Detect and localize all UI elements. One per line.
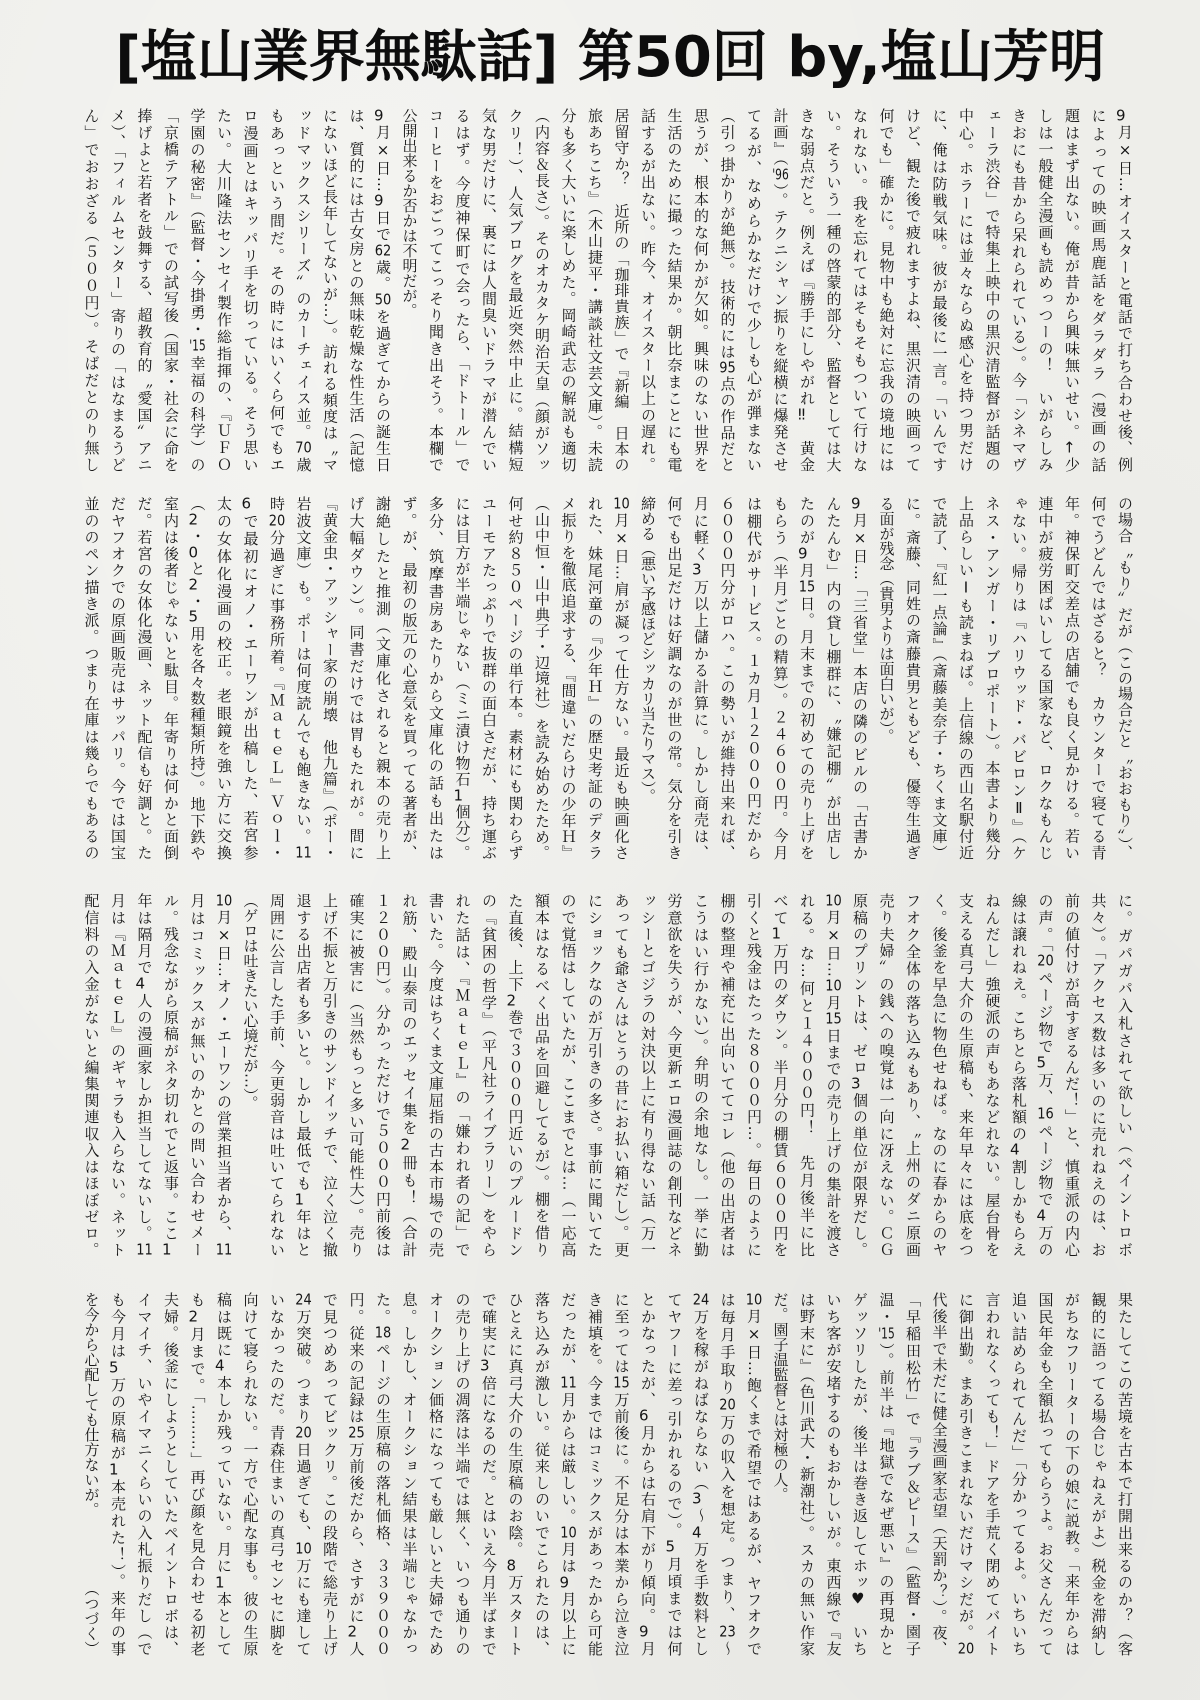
text-column: 捧げよと若者を鼓舞する、超教育的〝愛国〟アニ: [131, 108, 158, 472]
text-column: べて1万円のダウン。半月分の棚賃６０００円を: [767, 893, 794, 1257]
text-column: 時20分過ぎに事務所着。『ＭａｔｅＬ』Ｖｏｌ・: [264, 496, 291, 860]
text-column: ゲッソリしたが、後半は巻き返してホッ♥ いち: [847, 1292, 874, 1656]
text-column: の場合〝もり〟だが（この場合だと〝おおもり〟）、: [1112, 496, 1139, 860]
text-column: 果たしてこの苦境を古本で打開出来るのか？（客: [1112, 1292, 1139, 1656]
text-column: いち客が安堵するのもおかしいが。東西線で『友: [820, 1292, 847, 1656]
text-column: コーヒーをおごってこっそり聞き出そう。本欄で: [423, 108, 450, 472]
text-column: で確実に3倍になるのだ。とはいえ今月半ばまで: [476, 1292, 503, 1656]
text-column: ので覚悟はしていたが、ここまでとは…（一応高: [555, 893, 582, 1257]
text-column: （2・0と2・5用を各々数種類所持）。地下鉄や: [184, 496, 211, 860]
text-column: ユーモアたっぷりで抜群の面白さだが、持ち運ぶ: [476, 496, 503, 860]
text-column: （山中恒・山中典子・辺境社）を読み始めたため。: [529, 496, 556, 860]
text-column: は、質的には古女房との無味乾燥な性生活（記憶: [343, 108, 370, 472]
text-column: 労意欲を失うが、今更新エロ漫画誌の創刊などネ: [661, 893, 688, 1257]
text-column: 室内は後者じゃないと駄目。年寄りは何かと面倒: [158, 496, 185, 860]
text-column: 国民年金も全額払ってもらうよ。お父さんだって: [1032, 1292, 1059, 1656]
text-column: ル。残念ながら原稿がネタ切れでと返事。ここ1: [158, 893, 185, 1257]
text-column: き補填を。今まではコミックスがあったから可能: [582, 1292, 609, 1656]
text-column: もらう（半月ごとの精算）。２４６００円。今月: [767, 496, 794, 860]
text-column: 話するが出ない。昨今、オイスター以上の遅れ。: [635, 108, 662, 472]
text-column: 観的に語ってる場合じゃねえがよ）税金を滞納し: [1085, 1292, 1112, 1656]
text-column: だったが、11月からは厳しい。10月は9月以上に: [555, 1292, 582, 1656]
text-column: ゃない。帰りは『ハリウッド・バビロンⅡ』（ケ: [1006, 496, 1033, 860]
text-column: れた、妹尾河童の『少年Ｈ』の歴史考証のデタラ: [582, 496, 609, 860]
text-column: 「早稲田松竹」で『ラブ＆ピース』（監督・園子: [900, 1292, 927, 1656]
text-column: １２００円）。分かっただけで５０００円前後は: [370, 893, 397, 1257]
text-column: も2月まで。「………」再び顔を見合わせる初老: [184, 1292, 211, 1656]
text-column: 太の女体化漫画の校正。老眼鏡を強い方に交換: [211, 496, 238, 860]
text-column: は棚代がサービス。１カ月１２０００円だから: [741, 496, 768, 860]
text-column: イマイチ、いやイマニくらいの入札振りだし（で: [131, 1292, 158, 1656]
text-tier-2: の場合〝もり〟だが（この場合だと〝おおもり〟）、 何でうどんではざると？ カウン…: [78, 496, 1138, 860]
text-column: だ。園子温監督とは対極の人。: [767, 1292, 794, 1656]
text-column: ロ漫画とはキッパリ手を切っている。そう思い: [237, 108, 264, 472]
text-column: きな弱点だと。例えば『勝手にしやがれ‼ 黄金: [794, 108, 821, 472]
text-column: 額本はなるべく出品を回避してるが）。棚を借り: [529, 893, 556, 1257]
text-column: げ大幅ダウン）。同書だけでは胃もたれが。間に: [343, 496, 370, 860]
text-column: 退する出店者も多いと。しかし最低でも1年はと: [290, 893, 317, 1257]
text-column: ッシーとゴジラの対決以上に有り得ない話（万一: [635, 893, 662, 1257]
text-column: の『貧困の哲学』（平凡社ライブラリー）をやら: [476, 893, 503, 1257]
text-column: 6で最初にオノ・エーワンが出稿した、若宮参: [237, 496, 264, 860]
text-column: 追い詰められてんだ」「分かってるよ。いちいち: [1006, 1292, 1033, 1656]
text-column: 『黄金虫・アッシャー家の崩壊 他九篇』（ポー・: [317, 496, 344, 860]
text-column: 確実に被害に（当然もっと多い可能性大）。売り: [343, 893, 370, 1257]
text-column: 上げ不振と万引きのサンドイッチで、泣く泣く撤: [317, 893, 344, 1257]
text-column: で読了、『紅一点論』（斎藤美奈子・ちくま文庫）: [926, 496, 953, 860]
text-column: 9月×日…オイスターと電話で打ち合わせ後、例: [1112, 108, 1139, 472]
text-column: る面が残念（貴男よりは面白いが）。: [873, 496, 900, 860]
text-column: の売り上げの凋落は半端では無く、いつも通りの: [449, 1292, 476, 1656]
text-column: こうはい行かない）。弁明の余地なし。一挙に勤: [688, 893, 715, 1257]
text-column: 線は譲れねえ。こちとら落札額の4割しかもらえ: [1006, 893, 1033, 1257]
text-column: （内容＆長さ）。そのオカタケ明治天皇（顔がソッ: [529, 108, 556, 472]
text-column: 10月×日…肩が凝って仕方ない。最近も映画化さ: [608, 496, 635, 860]
text-column: 9月×日…9日で62歳。50を過ぎてからの誕生日: [370, 108, 397, 472]
text-column: 何でも」確かに。見物中も絶対に忘我の境地には: [873, 108, 900, 472]
text-column: 岩波文庫）も。ポーは何度読んでも飽きない。11: [290, 496, 317, 860]
text-column: く。後釜を早急に物色せねば。なのに春からのヤ: [926, 893, 953, 1257]
text-column: 支える真弓大介の生原稿も、来年早々には底をつ: [953, 893, 980, 1257]
text-column: れ筋、殿山泰司のエッセイ集を2冊も！（合計: [396, 893, 423, 1257]
text-column: （引っ掛かりが絶無）。技術的には95点の作品だと: [714, 108, 741, 472]
text-column: たい。大川隆法センセイ製作総指揮の、『ＵＦＯ: [211, 108, 238, 472]
text-column: 計画』（'96）。テクニシャン振りを縦横に爆発させ: [767, 108, 794, 472]
text-column: 配信料の入金がないと編集関連収入はほぼゼロ。: [78, 893, 105, 1257]
text-column: 中心。ホラーには並々ならぬ感心を持つ男だけ: [953, 108, 980, 472]
text-column: もあっという間だ。その時にはいくら何でもエ: [264, 108, 291, 472]
text-column: 稿は既に4本しか残っていない。月に1本として: [211, 1292, 238, 1656]
magazine-page: [塩山業界無駄話] 第50回 by,塩山芳明 9月×日…オイスターと電話で打ち合…: [0, 0, 1200, 1700]
text-column: 年。神保町交差点の店舗でも良く見かける。若い: [1059, 496, 1086, 860]
text-column: 何でも出足だけは好調なのが世の常。気分を引き: [661, 496, 688, 860]
text-column: 題はまず出ない。俺が昔から興味無いせい。↑少: [1059, 108, 1086, 472]
text-column: は野末に』（色川武大・新潮社）。スカの無い作家: [794, 1292, 821, 1656]
text-column: 学園の秘密』（監督・今掛勇・'15幸福の科学）の: [184, 108, 211, 472]
text-column: とかなったが、6月からは右肩下がり傾向。9月: [635, 1292, 662, 1656]
text-column: 何せ約８５０ページの単行本。素材にも関わらず: [502, 496, 529, 860]
text-column: によっての映画馬鹿話をダラダラ（漫画の話: [1085, 108, 1112, 472]
text-column: れた話は、『ＭａｔｅＬ』の「嫌われ者の記」で: [449, 893, 476, 1257]
text-column: に御出勤。まあ引きこまれないだけマシだが。20: [953, 1292, 980, 1656]
text-column: 言われなくっても！」ドアを手荒く閉めてバイト: [979, 1292, 1006, 1656]
text-column: 共々）。「アクセス数は多いのに売れねえのは、お: [1085, 893, 1112, 1257]
text-column: 公開出来るか否かは不明だが。: [396, 108, 423, 472]
text-column: 円。従来の記録は25万前後だから、さすがに2人: [343, 1292, 370, 1656]
text-column: 原稿のプリントは、ゼロ3個の単位が限界だし。: [847, 893, 874, 1257]
text-column: 周囲に公言した手前、今更弱音は吐いてられない: [264, 893, 291, 1257]
text-column: がちなフリーターの下の娘に説教。「来年からは: [1059, 1292, 1086, 1656]
text-column: た。18ページの生原稿の落札価格、３３９０００: [370, 1292, 397, 1656]
text-column: い。そういう一種の啓蒙的部分、監督としては大: [820, 108, 847, 472]
text-column: 上品らしいⅠも読まねば。上信線の西山名駅付近: [953, 496, 980, 860]
to-be-continued-mark: （つづく）: [78, 1581, 105, 1656]
text-column: 分も多く大いに楽しめた。岡崎武志の解説も適切: [555, 108, 582, 472]
text-column: ひとえに真弓大介の生原稿のお陰。8万スタート: [502, 1292, 529, 1656]
text-column: ッドマックスシリーズ〟のカーチェイス並。70歳: [290, 108, 317, 472]
text-column: ６０００円分がロハ。この勢いが維持出来れば、: [714, 496, 741, 860]
text-column: ネス・アンガー・リブロポート）。本書より幾分: [979, 496, 1006, 860]
text-column: 居留守か？ 近所の「珈琲貴族」で『新編 日本の: [608, 108, 635, 472]
text-column: 棚の整理や補充に出向いててコレ（他の出店者は: [714, 893, 741, 1257]
text-column: 代後半で未だに健全漫画家志望（天罰か？）。夜、: [926, 1292, 953, 1656]
text-column: ん」でおおざる（５００円）。そばだとのり無し: [78, 108, 105, 472]
text-column: ず。が、最初の版元の心意気を買ってる著者が、: [396, 496, 423, 860]
text-column: 何でうどんではざると？ カウンターで寝てる青: [1085, 496, 1112, 860]
text-column: 締める（悪い予感ほどシッカリ当たりマス）。: [635, 496, 662, 860]
text-column: 生活のために撮った結果か。朝比奈まことにも電: [661, 108, 688, 472]
text-column: きおにも昔から呆れられている）。今「シネマヴ: [1006, 108, 1033, 472]
text-column: 引くと残金はたった８０００円…。毎日のように: [741, 893, 768, 1257]
text-column: だ。若宮の女体化漫画、ネット配信も好調と。た: [131, 496, 158, 860]
text-column: は毎月手取り20万の収入を想定。つまり、23〜: [714, 1292, 741, 1656]
text-column: 息。しかし、オークション結果は半端じゃなかっ: [396, 1292, 423, 1656]
text-column: 落ち込みが激しい。従来しのいでこられたのは、: [529, 1292, 556, 1656]
text-column: 温・'15）。前半は『地獄でなぜ悪い』の再現かと: [873, 1292, 900, 1656]
text-column: 前の値付けが高すぎるんだ！」と、慎重派の内心: [1059, 893, 1086, 1257]
text-column: も今月は5万の原稿が1本売れた！）。来年の事: [105, 1292, 132, 1656]
text-column: メ振りを徹底追求する、『間違いだらけの少年Ｈ』: [555, 496, 582, 860]
text-column: 気な男だけに、裏には人間臭いドラマが潜んでい: [476, 108, 503, 472]
text-column: しは一般健全漫画も読めっつーの！ いがらしみ: [1032, 108, 1059, 472]
text-column: 「京橋テアトル」での試写後（国家・社会に命を: [158, 108, 185, 472]
text-column: だヤフオクでの原画販売はサッパリ。今では国宝: [105, 496, 132, 860]
text-column: クリ！）、人気ブログを最近突然中止に。結構短: [502, 108, 529, 472]
text-column: に。斎藤、同姓の斎藤貴男ともども、優等生過ぎ: [900, 496, 927, 860]
text-column: 思うが、根本的な何かが欠如。興味のない世界を: [688, 108, 715, 472]
text-column: 9月×日…「三省堂」本店の隣のビルの「古書か: [847, 496, 874, 860]
text-column: の声。「20ページ物で5万、16ページ物で4万の: [1032, 893, 1059, 1257]
text-column: にショックなのが万引きの多さ。事前に聞いてた: [582, 893, 609, 1257]
text-column: で見つめあってビックリ。この段階で総売り上げ: [317, 1292, 344, 1656]
text-column: 10月×日…飽くまで希望ではあるが、ヤフオクで: [741, 1292, 768, 1656]
text-column: 連中が疲労困ぱいしてる国家など、ロクなもんじ: [1032, 496, 1059, 860]
text-column: 書いた。今度はちくま文庫屈指の古本市場での売: [423, 893, 450, 1257]
text-column: 向けて寝られない。一方で心配な事も。彼の生原: [237, 1292, 264, 1656]
text-column: に至っては15万前後に。不足分は本業から泣き泣: [608, 1292, 635, 1656]
text-column: 10月×日…オノ・エーワンの営業担当者から、11: [211, 893, 238, 1257]
text-column: なれない。我を忘れてはそもそもついて行けな: [847, 108, 874, 472]
text-column: けど、観た後で疲れますよね、黒沢清の映画って: [900, 108, 927, 472]
text-column: あっても爺さんはとうの昔にお払い箱だし）。更: [608, 893, 635, 1257]
text-column: オークション価格になっても厳しいと夫婦でため: [423, 1292, 450, 1656]
text-column: るはず。今度神保町で会ったら、「ドトール」で: [449, 108, 476, 472]
text-column: 売り夫婦〟の銭への嗅覚は一向に冴えない。ＣＧ: [873, 893, 900, 1257]
text-column: 月は『ＭａｔｅＬ』のギャラも入らない。ネット: [105, 893, 132, 1257]
text-column: 並ののペン描き派。つまり在庫は幾らでもあるの: [78, 496, 105, 860]
text-column: た直後、上下2巻で３０００円近いのプルードン: [502, 893, 529, 1257]
text-column: れる。な…何と１４０００円！ 先月後半に比: [794, 893, 821, 1257]
text-column: てヤフーに差っ引かれるので）。5月頃までは何: [661, 1292, 688, 1656]
text-column: てるが、なめらかなだけで少しも心が弾まない: [741, 108, 768, 472]
text-column: （ゲロは吐きたい心境だが…）。: [237, 893, 264, 1257]
article-title: [塩山業界無駄話] 第50回 by,塩山芳明: [10, 26, 1200, 90]
text-column: ねんだし」強硬派の声もあなどれない。屋台骨を: [979, 893, 1006, 1257]
text-column: いなかったのだ。青森住まいの真弓センセに脚を: [264, 1292, 291, 1656]
text-column: 月はコミックスが無いのかとの問い合わせメー: [184, 893, 211, 1257]
final-text-column: を今から心配しても仕方ないが。 （つづく）: [78, 1292, 105, 1656]
text-column: 夫婦。後釜にしようとしていたペイントロボは、: [158, 1292, 185, 1656]
text-tier-4: 果たしてこの苦境を古本で打開出来るのか？（客 観的に語ってる場合じゃねえがよ）税…: [78, 1292, 1138, 1656]
text-column: 10月×日…10月15日までの売り上げの集計を渡さ: [820, 893, 847, 1257]
text-column: 年は隔月で4人の漫画家しか担当してないし。11: [131, 893, 158, 1257]
text-column: んたんむ」内の貸し棚群に、〝嫌記棚〟が出店し: [820, 496, 847, 860]
text-column: 旅あちこち』（木山捷平・講談社文芸文庫）。未読: [582, 108, 609, 472]
text-column: 謝絶したと推測（文庫化されると親本の売り上: [370, 496, 397, 860]
text-column: に、俺は防戦気味。彼が最後に一言。「いんです: [926, 108, 953, 472]
column-text: を今から心配しても仕方ないが。: [78, 1292, 105, 1517]
text-column: に。ガパガパ入札されて欲しい（ペイントロボ: [1112, 893, 1139, 1257]
text-column: 24万を稼がねばならない（3〜4万を手数料とし: [688, 1292, 715, 1656]
text-tier-3: に。ガパガパ入札されて欲しい（ペイントロボ 共々）。「アクセス数は多いのに売れね…: [78, 893, 1138, 1257]
text-column: にないほど長年してないが…）。訪れる頻度は〝マ: [317, 108, 344, 472]
text-tier-1: 9月×日…オイスターと電話で打ち合わせ後、例 によっての映画馬鹿話をダラダラ（漫…: [78, 108, 1138, 472]
text-column: メ）、「フィルムセンター」寄りの「はなまるうど: [105, 108, 132, 472]
text-column: フオク全体の落ち込みもあり、〝上州のダニ原画: [900, 893, 927, 1257]
text-column: ェーラ渋谷」で特集上映中の黒沢清監督が話題の: [979, 108, 1006, 472]
text-column: たのが9月15日。月末までの初めての売り上げを: [794, 496, 821, 860]
text-column: 24万突破。つまり20日過ぎても、10万にも達して: [290, 1292, 317, 1656]
text-column: には目方が半端じゃない（ミニ漬け物石1個分）。: [449, 496, 476, 860]
text-column: 月に軽く3万以上儲かる計算に。しかし商売は、: [688, 496, 715, 860]
text-column: 多分、筑摩書房あたりから文庫化の話も出たは: [423, 496, 450, 860]
